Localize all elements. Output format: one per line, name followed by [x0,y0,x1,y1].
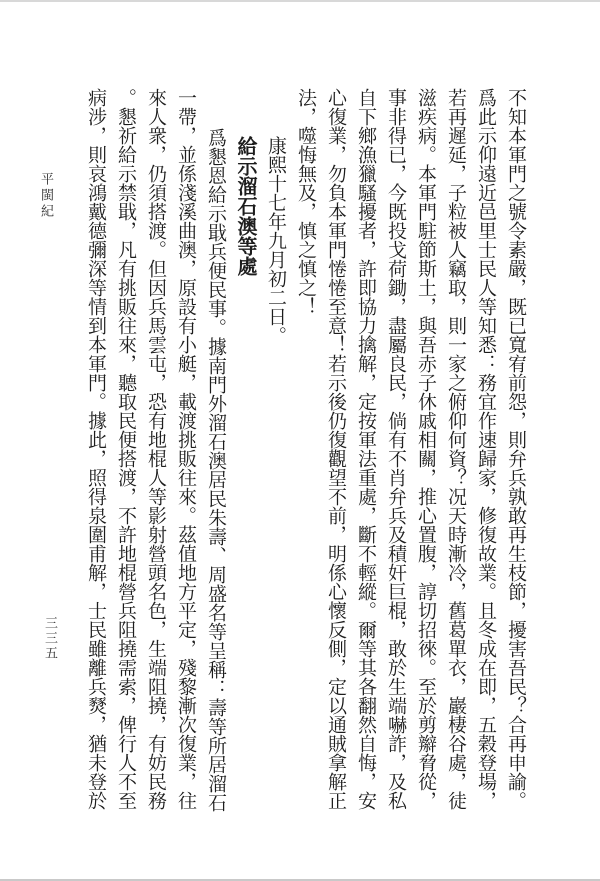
date-line: 康熙十七年九月初二日。 [260,88,290,836]
section-title: 給示溜石澳等處 [230,88,260,836]
text-column: 。懇祈給示禁戢，凡有挑販往來，聽取民便搭渡，不許地棍營兵阻撓需索，俾行人不至 [110,88,140,836]
text-column: 來人衆，仍須搭渡。但因兵馬雲屯，恐有地棍人等影射營頭名色，生端阻撓，有妨民務 [140,88,170,836]
text-column: 法，噬悔無及，慎之慎之！ [290,88,320,836]
book-page-scan: 不知本軍門之號令素嚴，既已寬宥前怨，則弁兵孰敢再生枝節，擾害吾民？合再申諭。 爲… [0,0,600,881]
text-column: 不知本軍門之號令素嚴，既已寬宥前怨，則弁兵孰敢再生枝節，擾害吾民？合再申諭。 [500,88,530,836]
text-column: 若再遲延，子粒被人竊取，則一家之俯仰何資？况天時漸冷，舊葛單衣，巖棲谷處，徒 [440,88,470,836]
scan-edge-top [0,0,600,2]
running-title: 平閩紀 [37,172,55,220]
text-column: 爲此示仰遠近邑里士民人等知悉：務宜作速歸家，修復故業。且冬成在即，五穀登場， [470,88,500,836]
text-column: 病涉，則哀鴻戴德彌深等情到本軍門。據此，照得泉圍甫解，士民雖離兵燹，猶未登於 [80,88,110,836]
page-number: 三三五 [41,616,59,661]
text-column: 滋疾病。本軍門駐節斯土，與吾赤子休戚相關，推心置腹，諄切招徠。至於剪辮脅從， [410,88,440,836]
text-column: 爲懇恩給示戢兵便民事。據南門外溜石澳居民朱壽、周盛名等呈稱：壽等所居溜石 [200,88,230,836]
text-column: 心復業，勿負本軍門惓惓至意！若示後仍復觀望不前，明係心懷反側，定以通賊拿解正 [320,88,350,836]
text-column: 自下鄉漁獵騷擾者，許即協力擒解，定按軍法重處，斷不輕縱。爾等其各翻然自悔，安 [350,88,380,836]
text-column: 一帶，並係淺溪曲澳，原設有小艇，載渡挑販往來。茲值地方平定，殘黎漸次復業，往 [170,88,200,836]
vertical-text-block: 不知本軍門之號令素嚴，既已寬宥前怨，則弁兵孰敢再生枝節，擾害吾民？合再申諭。 爲… [78,88,530,836]
text-column: 事非得已，今既投戈荷鋤，盡屬良民，倘有不肖弁兵及積奸巨棍，敢於生端嚇詐，及私 [380,88,410,836]
